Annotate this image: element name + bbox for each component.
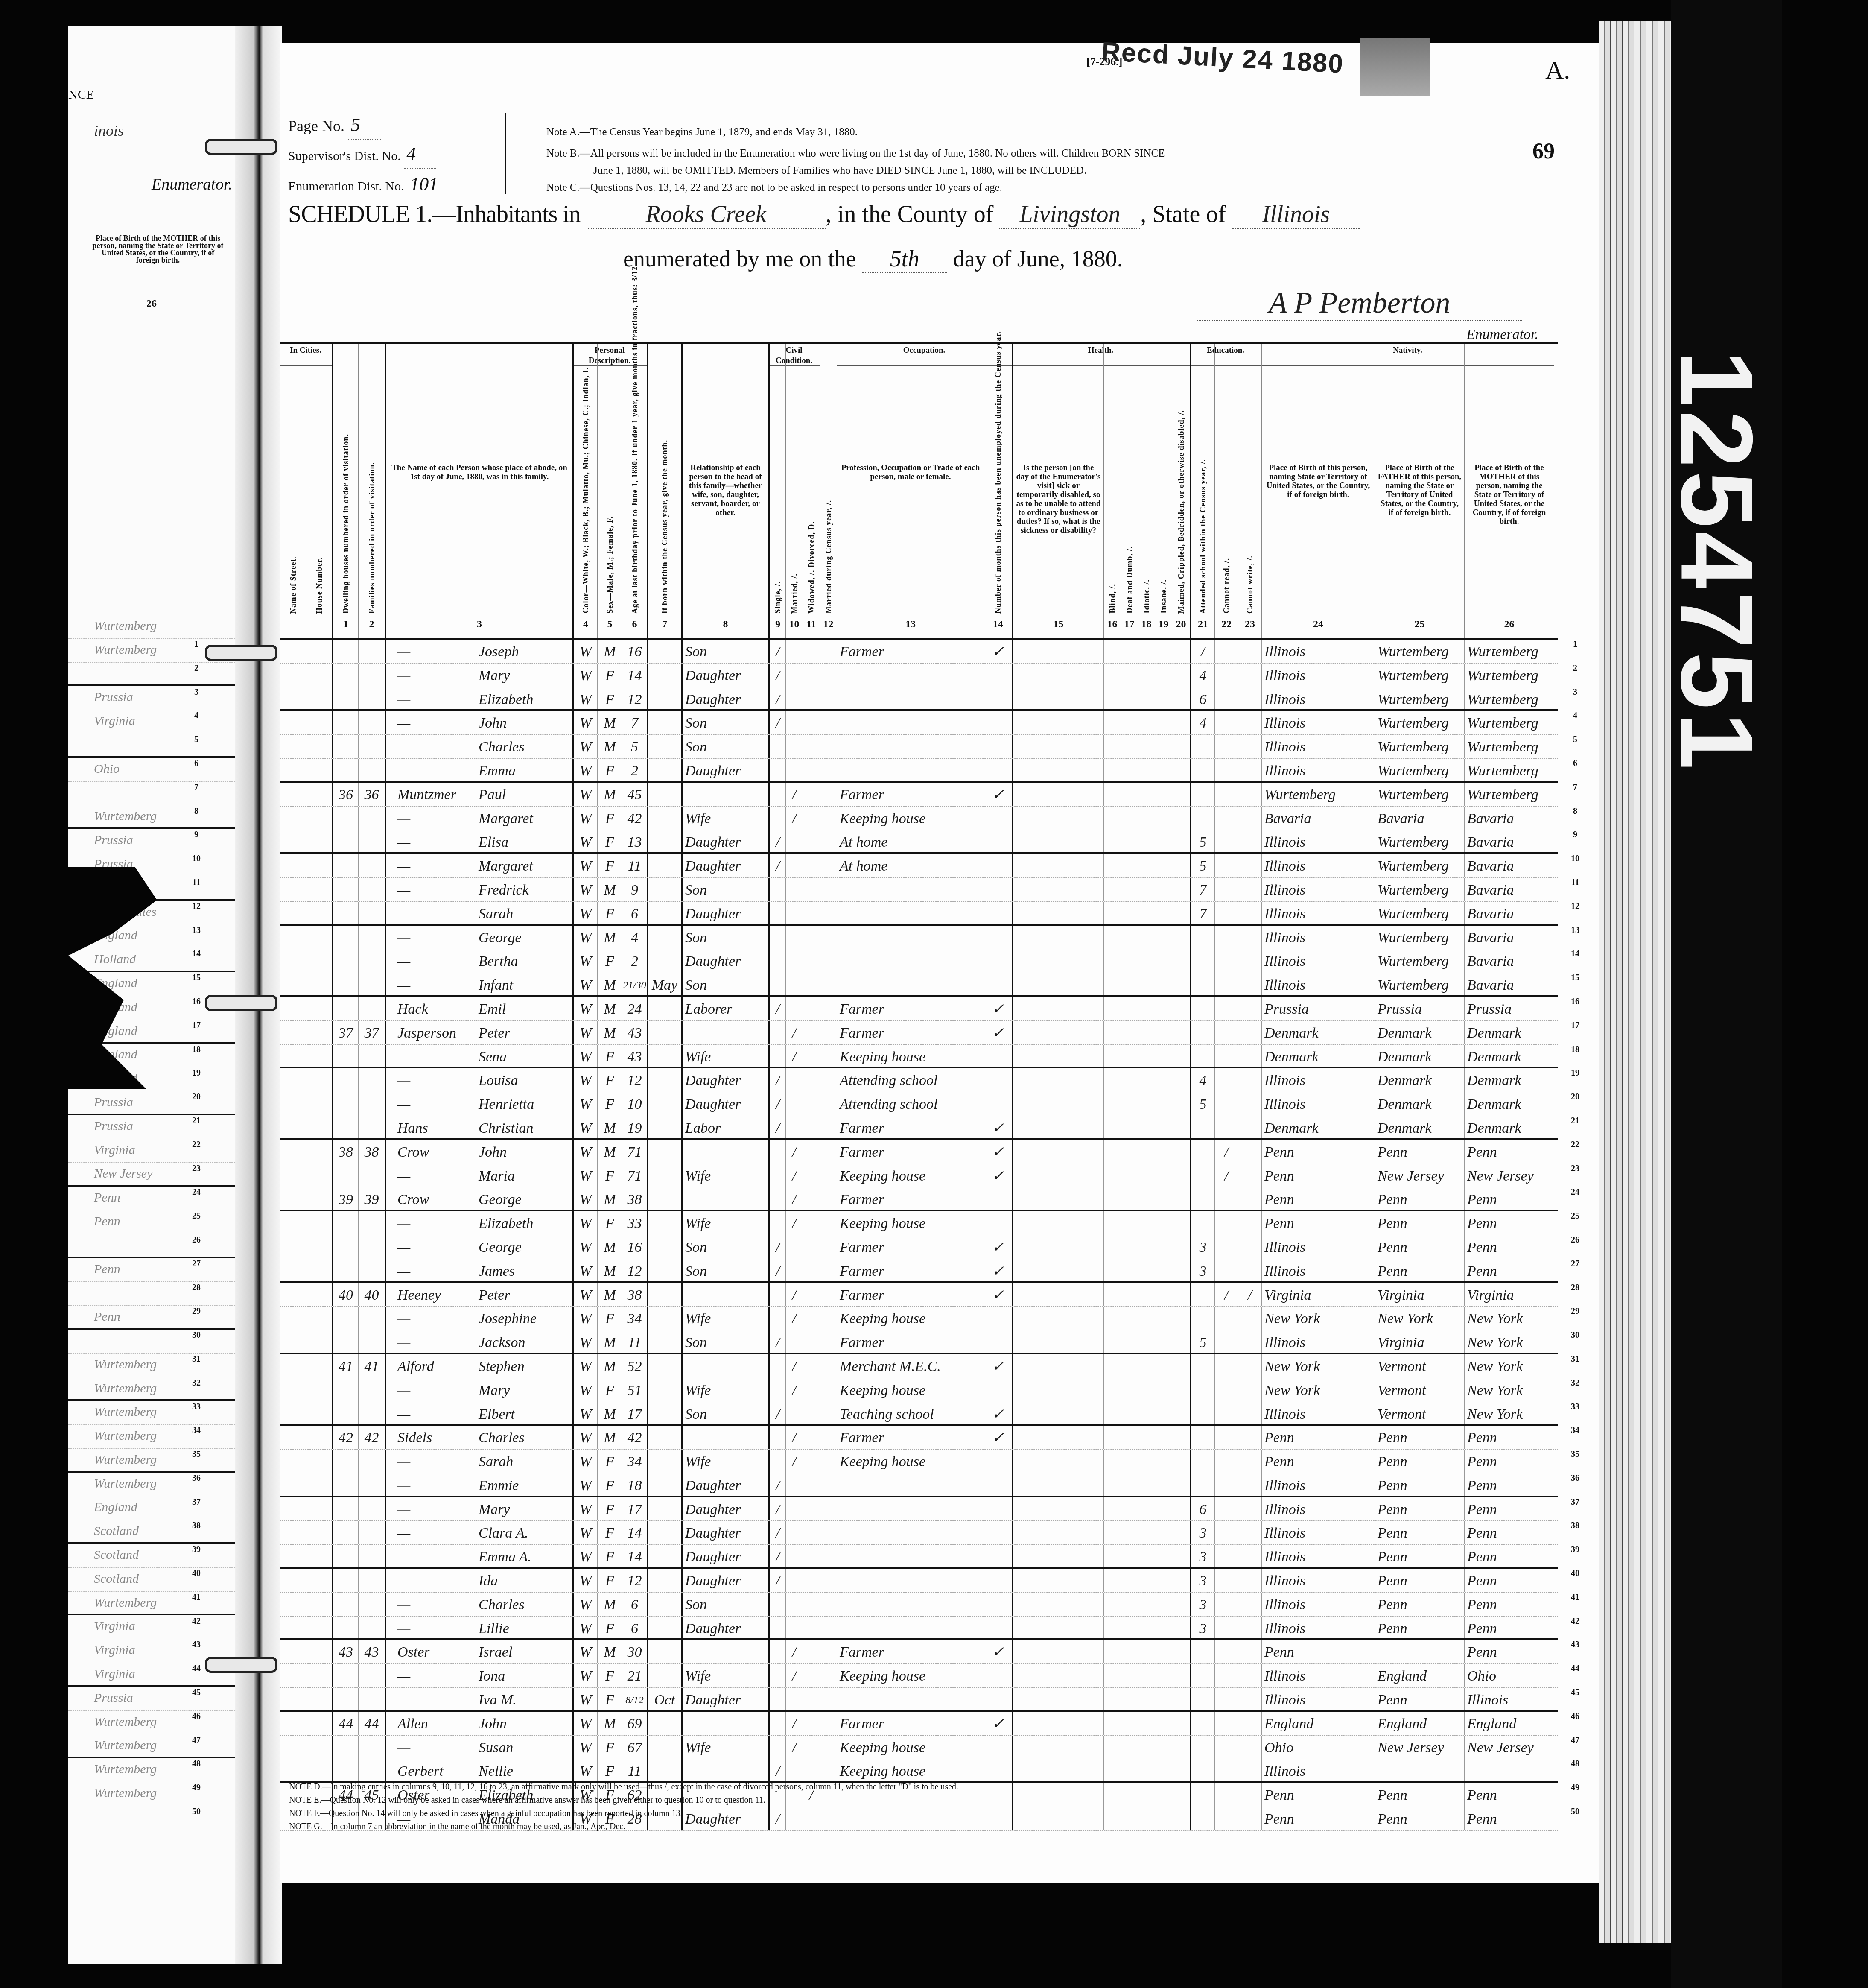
cell-month: [647, 878, 681, 901]
cell-sex: F: [597, 807, 622, 830]
cell-school: [1190, 973, 1214, 995]
cell-empty: [1012, 1330, 1103, 1353]
cell-empty: [1155, 1688, 1172, 1710]
cell-color: W: [572, 711, 597, 734]
cell-empty: [1138, 1736, 1155, 1759]
cell-cannot-read: [1214, 1402, 1238, 1424]
line-number-left: 24: [188, 1187, 205, 1197]
cell-family: 43: [358, 1640, 385, 1663]
cell-cannot-read: [1214, 735, 1238, 758]
table-row: —Emma A.WF14Daughter/3IllinoisPennPenn39…: [280, 1545, 1558, 1569]
cell-occupation: Farmer: [837, 1021, 984, 1044]
cell-birth: Illinois: [1261, 1497, 1375, 1521]
cell-dwelling: 44: [332, 1712, 358, 1735]
cell-dwelling: [332, 997, 358, 1020]
cell-empty: [1172, 1759, 1190, 1781]
state-value: Illinois: [1232, 201, 1360, 229]
cell-empty: [280, 1021, 306, 1044]
column-number: 25: [1375, 614, 1464, 636]
cell-cannot-read: [1214, 1545, 1238, 1567]
cell-age: 5: [622, 735, 647, 758]
cell-mother: New York: [1464, 1402, 1554, 1424]
cell-age: 6: [622, 1617, 647, 1639]
cell-father: Wurtemberg: [1375, 973, 1464, 995]
cell-empty: [306, 1354, 332, 1378]
cell-widowed: [803, 1712, 820, 1735]
cell-cannot-write: [1238, 949, 1261, 973]
cell-color: W: [572, 664, 597, 687]
cell-relation: [681, 1187, 768, 1210]
surname: —: [389, 1545, 479, 1567]
line-number-left: 2: [188, 664, 205, 673]
cell-age: 30: [622, 1640, 647, 1663]
cell-occupation: Farmer: [837, 1712, 984, 1735]
cell-single: [768, 926, 785, 949]
cell-family: [358, 640, 385, 663]
cell-occupation: [837, 664, 984, 687]
cell-mother: Bavaria: [1464, 807, 1554, 830]
cell-empty: [1103, 1187, 1121, 1210]
cell-school: [1190, 1736, 1214, 1759]
left-page-row: Prussia: [68, 1091, 235, 1115]
surname: —: [389, 640, 479, 663]
cell-empty: [1155, 1330, 1172, 1353]
cell-age: 21: [622, 1664, 647, 1687]
cell-sex: F: [597, 1521, 622, 1544]
given-name: Elizabeth: [479, 692, 533, 707]
cell-married: [785, 926, 803, 949]
left-page-row: Prussia: [68, 829, 235, 853]
cell-family: [358, 1116, 385, 1138]
column-header-24: Place of Birth of this person, naming St…: [1261, 344, 1375, 638]
cell-empty: [280, 1759, 306, 1781]
cell-empty: [1155, 1545, 1172, 1567]
surname: —: [389, 926, 479, 949]
cell-empty: [280, 1426, 306, 1449]
cell-cannot-write: [1238, 1688, 1261, 1710]
cell-cannot-read: [1214, 1450, 1238, 1473]
cell-dwelling: [332, 1664, 358, 1687]
cell-father: Wurtemberg: [1375, 640, 1464, 663]
cell-married: /: [785, 1450, 803, 1473]
cell-empty: [1121, 1235, 1138, 1259]
cell-age: 34: [622, 1307, 647, 1330]
cell-empty: [1121, 1021, 1138, 1044]
surname: —: [389, 1664, 479, 1687]
cell-empty: [280, 997, 306, 1020]
cell-empty: [280, 1283, 306, 1307]
cell-occupation: [837, 949, 984, 973]
cell-mother: Penn: [1464, 1235, 1554, 1259]
column-number: 12: [820, 614, 837, 636]
cell-school: [1190, 1307, 1214, 1330]
cell-school: [1190, 1402, 1214, 1424]
cell-empty: [820, 1521, 837, 1544]
cell-dwelling: [332, 759, 358, 781]
column-header-label: House Number.: [315, 557, 323, 614]
cell-empty: [1121, 1807, 1138, 1830]
column-header-label: Married, /.: [790, 573, 798, 614]
cell-empty: [1012, 1688, 1103, 1710]
cell-cannot-write: [1238, 1712, 1261, 1735]
film-strip: [1671, 0, 1782, 1988]
cell-color: W: [572, 902, 597, 924]
table-row: —GeorgeWM4SonIllinoisWurtembergBavaria13…: [280, 926, 1558, 950]
cell-empty: [820, 1307, 837, 1330]
cell-cannot-write: [1238, 1307, 1261, 1330]
cell-empty: [1121, 783, 1138, 806]
cell-single: [768, 1736, 785, 1759]
cell-cannot-write: [1238, 1140, 1261, 1164]
cell-dwelling: 42: [332, 1426, 358, 1449]
cell-month: [647, 1545, 681, 1567]
table-row: —JosephWM16Son/Farmer✓/IllinoisWurtember…: [280, 640, 1558, 664]
line-number: 31: [1564, 1354, 1586, 1364]
cell-married: /: [785, 1640, 803, 1663]
cell-empty: [1121, 1164, 1138, 1187]
given-name: Clara A.: [479, 1525, 528, 1541]
cell-empty: [1121, 1307, 1138, 1330]
cell-cannot-write: [1238, 1235, 1261, 1259]
cell-widowed: [803, 1021, 820, 1044]
schedule-label: SCHEDULE 1.—Inhabitants in: [288, 201, 581, 228]
cell-cannot-read: [1214, 1330, 1238, 1353]
cell-occupation: [837, 902, 984, 924]
given-name: John: [479, 715, 507, 731]
cell-empty: [1155, 1807, 1172, 1830]
cell-occupation: [837, 735, 984, 758]
cell-unemployed: [984, 1187, 1012, 1210]
cell-cannot-write: [1238, 878, 1261, 901]
cell-empty: [1172, 1354, 1190, 1378]
cell-color: W: [572, 687, 597, 710]
left-page-row: [68, 663, 235, 687]
cell-empty: [1121, 1759, 1138, 1781]
cell-empty: [820, 1068, 837, 1092]
line-number: 48: [1564, 1759, 1586, 1769]
cell-empty: [306, 1283, 332, 1307]
cell-school: 7: [1190, 878, 1214, 901]
table-row: —InfantWM21/30MaySonIllinoisWurtembergBa…: [280, 973, 1558, 997]
person-name: —James: [385, 1259, 572, 1281]
schedule-title-line: SCHEDULE 1.—Inhabitants in Rooks Creek, …: [288, 201, 1535, 229]
cell-empty: [1172, 926, 1190, 949]
cell-cannot-write: [1238, 1426, 1261, 1449]
cell-empty: [1103, 1283, 1121, 1307]
cell-family: 36: [358, 783, 385, 806]
cell-dwelling: [332, 1330, 358, 1353]
cell-occupation: Teaching school: [837, 1402, 984, 1424]
cell-empty: [280, 783, 306, 806]
note-e: NOTE E.—Question No. 12 will only be ask…: [289, 1794, 958, 1807]
cell-relation: [681, 1354, 768, 1378]
surname: —: [389, 1617, 479, 1639]
cell-birth: Illinois: [1261, 1473, 1375, 1496]
cell-birth: Denmark: [1261, 1045, 1375, 1067]
cell-empty: [1121, 878, 1138, 901]
cell-unemployed: [984, 1450, 1012, 1473]
cell-relation: [681, 1140, 768, 1164]
cell-empty: [1172, 1736, 1190, 1759]
cell-empty: [1155, 1497, 1172, 1521]
surname: Crow: [389, 1140, 479, 1164]
cell-color: W: [572, 1402, 597, 1424]
cell-empty: [1121, 1426, 1138, 1449]
enumeration-day-suffix: day of June, 1880.: [953, 246, 1123, 272]
cell-school: [1190, 1283, 1214, 1307]
cell-school: [1190, 1640, 1214, 1663]
cell-empty: [1172, 1664, 1190, 1687]
person-name: —Elizabeth: [385, 687, 572, 710]
cell-mother: Illinois: [1464, 1688, 1554, 1710]
cell-widowed: [803, 854, 820, 877]
cell-mother: Penn: [1464, 1569, 1554, 1592]
person-name: —Charles: [385, 735, 572, 758]
cell-single: [768, 1426, 785, 1449]
cell-father: Virginia: [1375, 1283, 1464, 1307]
cell-sex: F: [597, 1688, 622, 1710]
cell-month: [647, 1664, 681, 1687]
cell-sex: F: [597, 1569, 622, 1592]
cell-empty: [1012, 1759, 1103, 1781]
cell-sex: F: [597, 1068, 622, 1092]
left-page-row: Wurtemberg: [68, 805, 235, 829]
cell-mother: Bavaria: [1464, 949, 1554, 973]
line-number: 41: [1564, 1593, 1586, 1602]
cell-unemployed: [984, 687, 1012, 710]
cell-school: [1190, 1450, 1214, 1473]
cell-cannot-read: [1214, 1712, 1238, 1735]
cell-empty: [280, 1497, 306, 1521]
cell-unemployed: [984, 1378, 1012, 1402]
cell-sex: F: [597, 854, 622, 877]
cell-empty: [306, 1640, 332, 1663]
cell-age: 18: [622, 1473, 647, 1496]
left-page-row: Wurtemberg: [68, 1758, 235, 1782]
cell-sex: M: [597, 1712, 622, 1735]
cell-dwelling: [332, 830, 358, 852]
person-name: —John: [385, 711, 572, 734]
line-number-left: 21: [188, 1116, 205, 1126]
cell-birth: Illinois: [1261, 640, 1375, 663]
cell-mother: Wurtemberg: [1464, 711, 1554, 734]
cell-school: [1190, 949, 1214, 973]
cell-mother: Penn: [1464, 1473, 1554, 1496]
cell-month: [647, 1378, 681, 1402]
cell-family: [358, 1259, 385, 1281]
cell-empty: [1138, 1187, 1155, 1210]
surname: —: [389, 664, 479, 687]
cell-cannot-read: [1214, 1473, 1238, 1496]
cell-empty: [1138, 1330, 1155, 1353]
person-name: HansChristian: [385, 1116, 572, 1138]
cell-color: W: [572, 1187, 597, 1210]
cell-school: [1190, 1688, 1214, 1710]
cell-month: May: [647, 973, 681, 995]
cell-unemployed: [984, 1759, 1012, 1781]
cell-empty: [820, 1045, 837, 1067]
cell-dwelling: [332, 711, 358, 734]
cell-empty: [1155, 1259, 1172, 1281]
cell-empty: [280, 1354, 306, 1378]
given-name: Josephine: [479, 1311, 537, 1327]
note-f: NOTE F.—Question No. 14 will only be ask…: [289, 1807, 958, 1820]
cell-empty: [1012, 1807, 1103, 1830]
cell-empty: [280, 1473, 306, 1496]
cell-empty: [820, 640, 837, 663]
cell-cannot-read: [1214, 1688, 1238, 1710]
line-number: 50: [1564, 1807, 1586, 1817]
cell-cannot-read: /: [1214, 1140, 1238, 1164]
given-name: Emmie: [479, 1478, 519, 1494]
column-header-4: Color—White, W.; Black, B.; Mulatto, Mu.…: [572, 344, 597, 638]
person-name: —Iona: [385, 1664, 572, 1687]
column-header-label: Is the person [on the day of the Enumera…: [1016, 463, 1101, 535]
column-header-19: Insane, /.19: [1155, 344, 1172, 638]
cell-birth: Illinois: [1261, 830, 1375, 852]
cell-mother: Virginia: [1464, 1283, 1554, 1307]
enumeration-day: 5th: [862, 246, 947, 273]
cell-empty: [306, 664, 332, 687]
cell-birth: New York: [1261, 1378, 1375, 1402]
column-header-16: Blind, /.16: [1103, 344, 1121, 638]
cell-color: W: [572, 1045, 597, 1067]
cell-empty: [820, 997, 837, 1020]
cell-cannot-read: [1214, 949, 1238, 973]
surname: —: [389, 973, 479, 995]
cell-age: 12: [622, 1569, 647, 1592]
cell-empty: [820, 973, 837, 995]
left-page-row: Virginia: [68, 710, 235, 734]
cell-empty: [306, 1045, 332, 1067]
cell-empty: [1103, 1068, 1121, 1092]
left-page-row: Wurtemberg: [68, 1449, 235, 1473]
person-name: OsterIsrael: [385, 1640, 572, 1663]
cell-married: [785, 997, 803, 1020]
cell-month: [647, 1450, 681, 1473]
cell-unemployed: ✓: [984, 1235, 1012, 1259]
cell-father: Penn: [1375, 1783, 1464, 1807]
cell-empty: [820, 1092, 837, 1116]
cell-occupation: Attending school: [837, 1068, 984, 1092]
cell-dwelling: 36: [332, 783, 358, 806]
person-name: JaspersonPeter: [385, 1021, 572, 1044]
cell-empty: [1155, 1521, 1172, 1544]
table-row: —MaryWF17Daughter/6IllinoisPennPenn3737: [280, 1497, 1558, 1521]
cell-empty: [1172, 1092, 1190, 1116]
cell-unemployed: ✓: [984, 1402, 1012, 1424]
cell-family: [358, 1759, 385, 1781]
cell-widowed: [803, 1473, 820, 1496]
left-page-row: Scotland: [68, 1544, 235, 1568]
cell-father: [1375, 1640, 1464, 1663]
cell-empty: [820, 1593, 837, 1616]
cell-mother: Penn: [1464, 1783, 1554, 1807]
cell-father: England: [1375, 1712, 1464, 1735]
cell-mother: Denmark: [1464, 1116, 1554, 1138]
cell-father: England: [1375, 1664, 1464, 1687]
cell-month: [647, 854, 681, 877]
cell-school: [1190, 807, 1214, 830]
cell-occupation: [837, 759, 984, 781]
table-row: 4444AllenJohnWM69/Farmer✓EnglandEnglandE…: [280, 1712, 1558, 1736]
cell-unemployed: [984, 1473, 1012, 1496]
cell-birth: Illinois: [1261, 1545, 1375, 1567]
line-number: 15: [1564, 973, 1586, 983]
cell-color: W: [572, 1068, 597, 1092]
cell-empty: [1012, 1402, 1103, 1424]
cell-school: 3: [1190, 1617, 1214, 1639]
cell-empty: [280, 1092, 306, 1116]
surname: —: [389, 1569, 479, 1592]
cell-sex: F: [597, 830, 622, 852]
cell-dwelling: [332, 1211, 358, 1235]
column-number: [280, 614, 306, 636]
cell-mother: Penn: [1464, 1259, 1554, 1281]
cell-unemployed: [984, 1736, 1012, 1759]
cell-birth: Penn: [1261, 1211, 1375, 1235]
cell-birth: New York: [1261, 1307, 1375, 1330]
cell-empty: [1138, 830, 1155, 852]
cell-empty: [280, 926, 306, 949]
cell-widowed: [803, 1283, 820, 1307]
cell-cannot-write: [1238, 1045, 1261, 1067]
cell-empty: [280, 664, 306, 687]
cell-family: [358, 902, 385, 924]
cell-married: /: [785, 1187, 803, 1210]
cell-widowed: [803, 1068, 820, 1092]
cell-relation: Daughter: [681, 1617, 768, 1639]
cell-empty: [1103, 997, 1121, 1020]
line-number: 12: [1564, 902, 1586, 912]
cell-age: 4: [622, 926, 647, 949]
cell-empty: [1103, 807, 1121, 830]
cell-occupation: [837, 1569, 984, 1592]
cell-unemployed: ✓: [984, 1283, 1012, 1307]
cell-empty: [1012, 1521, 1103, 1544]
given-name: George: [479, 1192, 522, 1207]
surname: —: [389, 1593, 479, 1616]
cell-age: 17: [622, 1497, 647, 1521]
cell-color: W: [572, 1688, 597, 1710]
cell-empty: [306, 926, 332, 949]
cell-sex: F: [597, 759, 622, 781]
line-number: 34: [1564, 1426, 1586, 1435]
cell-father: Penn: [1375, 1235, 1464, 1259]
cell-married: [785, 1688, 803, 1710]
cell-sex: M: [597, 640, 622, 663]
cell-empty: [280, 735, 306, 758]
cell-married: /: [785, 807, 803, 830]
table-row: —FredrickWM9Son7IllinoisWurtembergBavari…: [280, 878, 1558, 902]
cell-month: [647, 1187, 681, 1210]
cell-color: W: [572, 1164, 597, 1187]
cell-empty: [306, 1426, 332, 1449]
cell-occupation: Keeping house: [837, 1450, 984, 1473]
cell-birth: Illinois: [1261, 1092, 1375, 1116]
cell-cannot-read: [1214, 1354, 1238, 1378]
cell-dwelling: [332, 1092, 358, 1116]
line-number-left: 18: [188, 1045, 205, 1055]
cell-empty: [280, 1116, 306, 1138]
cell-sex: M: [597, 926, 622, 949]
person-name: —Elizabeth: [385, 1211, 572, 1235]
line-number-left: 13: [188, 926, 205, 936]
cell-occupation: [837, 973, 984, 995]
line-number: 1: [1564, 640, 1586, 649]
cell-empty: [1012, 949, 1103, 973]
surname: Sidels: [389, 1426, 479, 1449]
